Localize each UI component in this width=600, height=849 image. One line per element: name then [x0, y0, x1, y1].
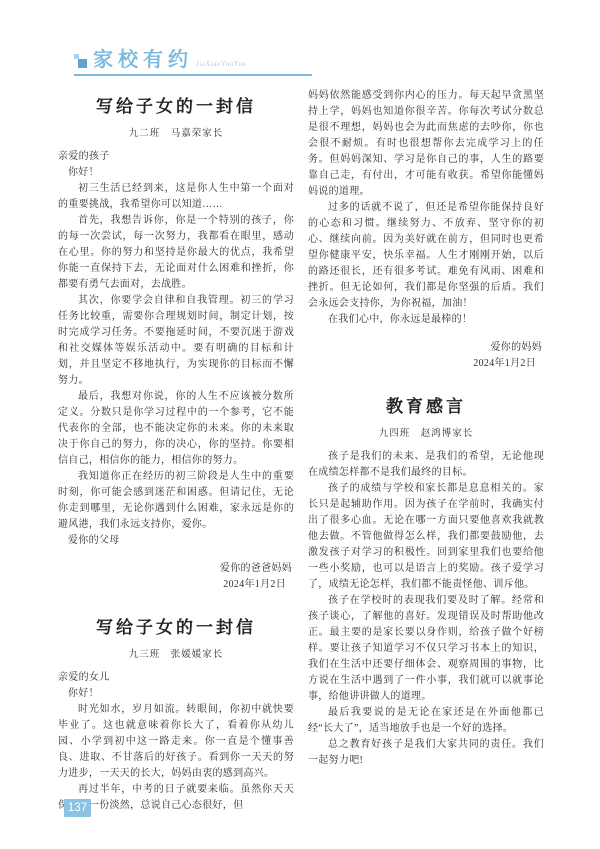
paragraph: 孩子是我们的未来、是我们的希望，无论他现在成绩怎样都不是我们最终的目标。 — [308, 449, 544, 481]
brand-square-big — [78, 59, 87, 68]
article1-salutation: 亲爱的孩子 — [58, 149, 294, 165]
brand-squares-icon — [74, 52, 89, 70]
article2-salutation: 亲爱的女儿 — [58, 670, 294, 686]
article1-greeting: 你好！ — [58, 165, 294, 181]
signature: 爱你的妈妈 — [308, 340, 544, 356]
signature-date: 2024年1月2日 — [58, 577, 294, 593]
article2-title: 写给子女的一封信 — [58, 613, 294, 638]
brand-title: 家校有约 — [93, 50, 193, 70]
paragraph: 最后我要说的是无论在家还是在外面他都已经“长大了”，适当地放手也是一个好的选择。 — [308, 705, 544, 737]
article2-byline: 九三班 张媛媛家长 — [58, 646, 294, 660]
paragraph: 最后，我想对你说，你的人生不应该被分数所定义。分数只是你学习过程中的一个参考，它… — [58, 389, 294, 469]
paragraph: 首先，我想告诉你，你是一个特别的孩子，你的每一次尝试，每一次努力，我都看在眼里，… — [58, 213, 294, 293]
paragraph: 孩子在学校时的表现我们要及时了解。经常和孩子谈心，了解他的喜好。发现错误及时帮助… — [308, 593, 544, 705]
signature-date: 2024年1月2日 — [308, 356, 544, 372]
paragraph: 再过半年，中考的日子就要来临。虽然你天天保持着一份淡然，总说自己心态很好，但 — [58, 782, 294, 814]
paragraph: 我知道你正在经历的初三阶段是人生中的重要时刻，你可能会感到迷茫和困惑。但请记住，… — [58, 469, 294, 533]
column-right: 妈妈依然能感受到你内心的压力。每天起早贪黑坚持上学，妈妈也知道你很辛苦。你每次考… — [308, 88, 544, 814]
signature: 爱你的爸爸妈妈 — [58, 561, 294, 577]
page-content: 写给子女的一封信 九二班 马嘉荣家长 亲爱的孩子 你好！ 初三生活已经到来，这是… — [58, 88, 545, 814]
paragraph-continuation: 妈妈依然能感受到你内心的压力。每天起早贪黑坚持上学，妈妈也知道你很辛苦。你每次考… — [308, 88, 544, 200]
paragraph: 孩子的成绩与学校和家长都是息息相关的。家长只是起辅助作用。因为孩子在学前时，我确… — [308, 481, 544, 593]
column-left: 写给子女的一封信 九二班 马嘉荣家长 亲爱的孩子 你好！ 初三生活已经到来，这是… — [58, 88, 294, 814]
article1-closing: 爱你的父母 — [58, 533, 294, 549]
page-header: 家校有约 JiaXiaoYouYue — [74, 50, 312, 76]
article1-byline: 九二班 马嘉荣家长 — [58, 125, 294, 139]
paragraph: 初三生活已经到来，这是你人生中第一个面对的重要挑战，我希望你可以知道…… — [58, 181, 294, 213]
paragraph: 时光如水，岁月如流。转眼间，你初中就快要毕业了。这也就意味着你长大了，看着你从幼… — [58, 702, 294, 782]
article3-title: 教育感言 — [308, 392, 544, 417]
paragraph: 过多的话就不说了，但还是希望你能保持良好的心态和习惯。继续努力、不放弃、坚守你的… — [308, 200, 544, 312]
paragraph: 总之教育好孩子是我们大家共同的责任。我们一起努力吧! — [308, 737, 544, 769]
brand-subtitle: JiaXiaoYouYue — [196, 60, 246, 70]
paragraph: 其次，你要学会自律和自我管理。初三的学习任务比较重，需要你合理规划时间，制定计划… — [58, 293, 294, 389]
page-number-badge: 137 — [64, 799, 91, 817]
article2-greeting: 你好！ — [58, 686, 294, 702]
article1-title: 写给子女的一封信 — [58, 92, 294, 117]
article2-closing-line: 在我们心中，你永远是最棒的！ — [308, 312, 544, 328]
article1-signature-block: 爱你的爸爸妈妈 2024年1月2日 — [58, 561, 294, 593]
article3-byline: 九四班 赵鸿博家长 — [308, 425, 544, 439]
article2-signature-block: 爱你的妈妈 2024年1月2日 — [308, 340, 544, 372]
